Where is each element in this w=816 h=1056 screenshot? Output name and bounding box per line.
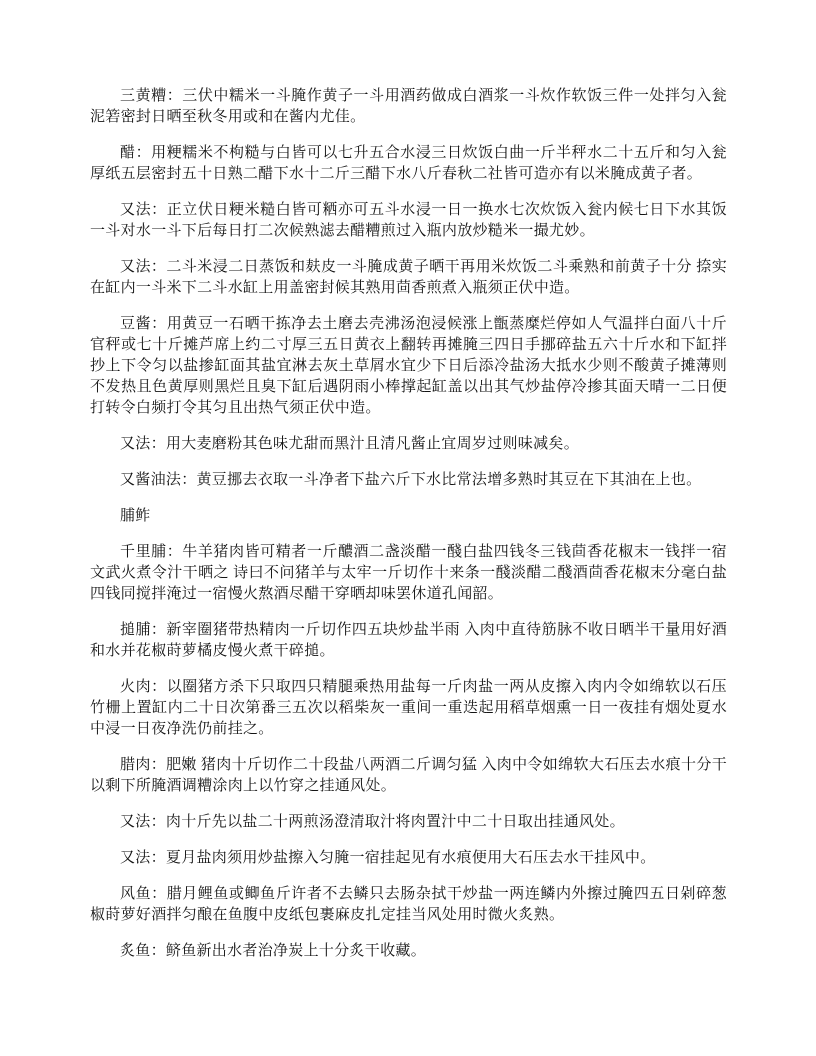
paragraph: 腊肉：肥嫩 猪肉十斤切作二十段盐八两酒二斤调匀猛 入肉中令如绵软大石压去水痕十分… xyxy=(90,755,727,797)
paragraph: 火肉：以圈猪方杀下只取四只精腿乘热用盐每一斤肉盐一两从皮擦入肉内令如绵软以石压竹… xyxy=(90,677,727,740)
paragraph: 又法：二斗米浸二日蒸饭和麸皮一斗腌成黄子晒干再用米炊饭二斗乘熟和前黄子十分 捺实… xyxy=(90,257,727,299)
paragraph: 又法：正立伏日粳米糙白皆可粞亦可五斗水浸一日一换水七次炊饭入瓮内候七日下水其饭一… xyxy=(90,200,727,242)
paragraph: 醋：用粳糯米不枸糙与白皆可以七升五合水浸三日炊饭白曲一斤半秤水二十五斤和匀入瓮厚… xyxy=(90,143,727,185)
paragraph: 又法：用大麦磨粉其色味尤甜而黑汁且清凡酱止宜周岁过则味减矣。 xyxy=(90,434,727,455)
paragraph: 风鱼：腊月鲤鱼或鲫鱼斤许者不去鳞只去肠杂拭干炒盐一两连鳞内外擦过腌四五日剁碎葱椒… xyxy=(90,884,727,926)
paragraph: 炙鱼：鲚鱼新出水者治净炭上十分炙干收藏。 xyxy=(90,941,727,962)
paragraph: 三黄糟：三伏中糯米一斗腌作黄子一斗用酒药做成白酒浆一斗炊作软饭三件一处拌匀入瓮泥… xyxy=(90,86,727,128)
document-content: 三黄糟：三伏中糯米一斗腌作黄子一斗用酒药做成白酒浆一斗炊作软饭三件一处拌匀入瓮泥… xyxy=(90,86,727,977)
paragraph: 千里脯：牛羊猪肉皆可精者一斤醲酒二盏淡醋一醆白盐四钱冬三钱茴香花椒末一钱拌一宿文… xyxy=(90,542,727,605)
section-heading: 脯鲊 xyxy=(90,506,727,527)
paragraph: 又法：夏月盐肉须用炒盐擦入匀腌一宿挂起见有水痕便用大石压去水干挂风中。 xyxy=(90,848,727,869)
paragraph: 搥脯：新宰圈猪带热精肉一斤切作四五块炒盐半雨 入肉中直待筋脉不收日晒半干量用好酒… xyxy=(90,620,727,662)
document-page: 三黄糟：三伏中糯米一斗腌作黄子一斗用酒药做成白酒浆一斗炊作软饭三件一处拌匀入瓮泥… xyxy=(0,0,816,1056)
paragraph: 又酱油法：黄豆挪去衣取一斗净者下盐六斤下水比常法增多熟时其豆在下其油在上也。 xyxy=(90,470,727,491)
paragraph: 又法：肉十斤先以盐二十两煎汤澄清取汁将肉置汁中二十日取出挂通风处。 xyxy=(90,812,727,833)
paragraph: 豆酱：用黄豆一石晒干拣净去土磨去壳沸汤泡浸候涨上甑蒸糜烂停如人气温拌白面八十斤官… xyxy=(90,314,727,419)
